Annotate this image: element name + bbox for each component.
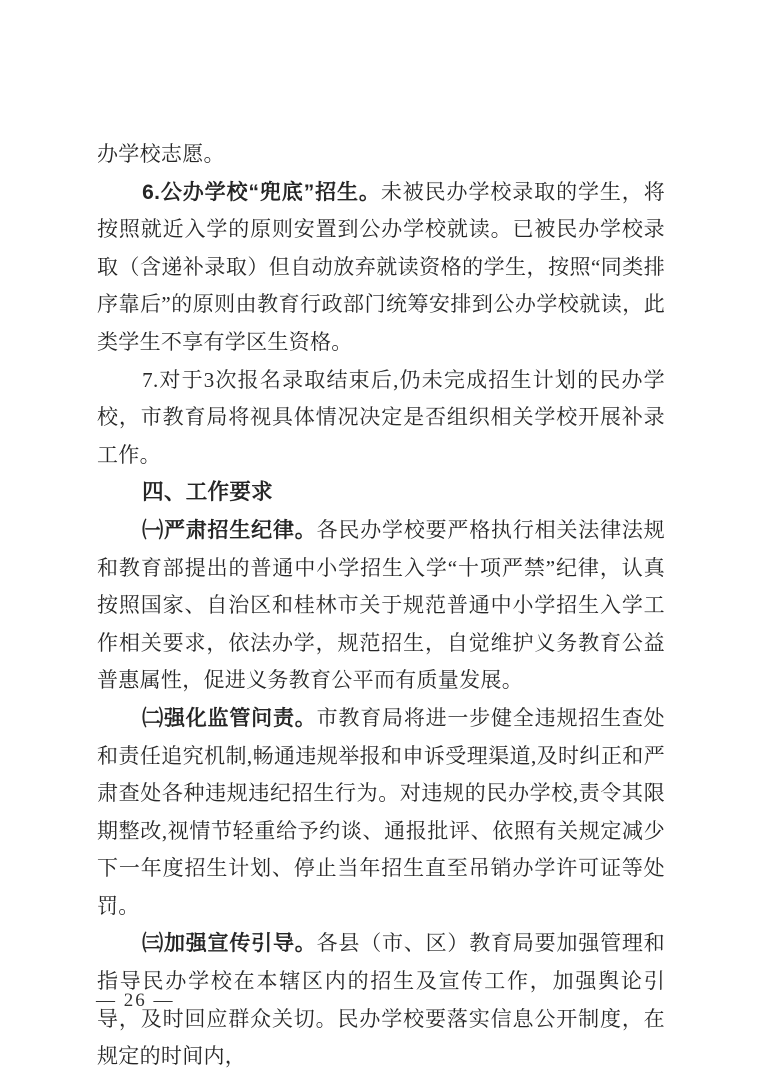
para-continuation: 办学校志愿。 [97, 136, 665, 174]
para-body: 各民办学校要严格执行相关法律法规和教育部提出的普通中小学招生入学“十项严禁”纪律… [97, 518, 665, 692]
para-3-publicity-guidance: ㈢加强宣传引导。各县（市、区）教育局要加强管理和指导民办学校在本辖区内的招生及宣… [97, 925, 665, 1075]
para-1-enrollment-discipline: ㈠严肃招生纪律。各民办学校要严格执行相关法律法规和教育部提出的普通中小学招生入学… [97, 512, 665, 700]
heading-text: 四、工作要求 [142, 480, 273, 504]
document-page: 办学校志愿。 6.公办学校“兜底”招生。未被民办学校录取的学生，将按照就近入学的… [0, 0, 763, 1080]
para-2-supervision-accountability: ㈡强化监管问责。市教育局将进一步健全违规招生查处和责任追究机制,畅通违规举报和申… [97, 700, 665, 926]
document-body: 办学校志愿。 6.公办学校“兜底”招生。未被民办学校录取的学生，将按照就近入学的… [97, 136, 665, 1076]
para-body: 7.对于3次报名录取结束后,仍未完成招生计划的民办学校，市教育局将视具体情况决定… [97, 368, 665, 467]
page-number: — 26 — [96, 990, 175, 1011]
para-lead: 6.公办学校“兜底”招生。 [142, 181, 381, 204]
para-body: 办学校志愿。 [97, 142, 225, 166]
section-heading-work-requirements: 四、工作要求 [97, 474, 665, 512]
para-body: 市教育局将进一步健全违规招生查处和责任追究机制,畅通违规举报和申诉受理渠道,及时… [97, 706, 665, 918]
para-lead: ㈢加强宣传引导。 [142, 932, 316, 955]
para-body: 未被民办学校录取的学生，将按照就近入学的原则安置到公办学校就读。已被民办学校录取… [97, 180, 665, 354]
para-lead: ㈡强化监管问责。 [142, 707, 316, 730]
para-6-public-school-fallback-enrollment: 6.公办学校“兜底”招生。未被民办学校录取的学生，将按照就近入学的原则安置到公办… [97, 174, 665, 362]
para-lead: ㈠严肃招生纪律。 [142, 519, 316, 542]
page-footer: — 26 — [96, 990, 175, 1012]
para-7-supplementary-enrollment: 7.对于3次报名录取结束后,仍未完成招生计划的民办学校，市教育局将视具体情况决定… [97, 362, 665, 475]
